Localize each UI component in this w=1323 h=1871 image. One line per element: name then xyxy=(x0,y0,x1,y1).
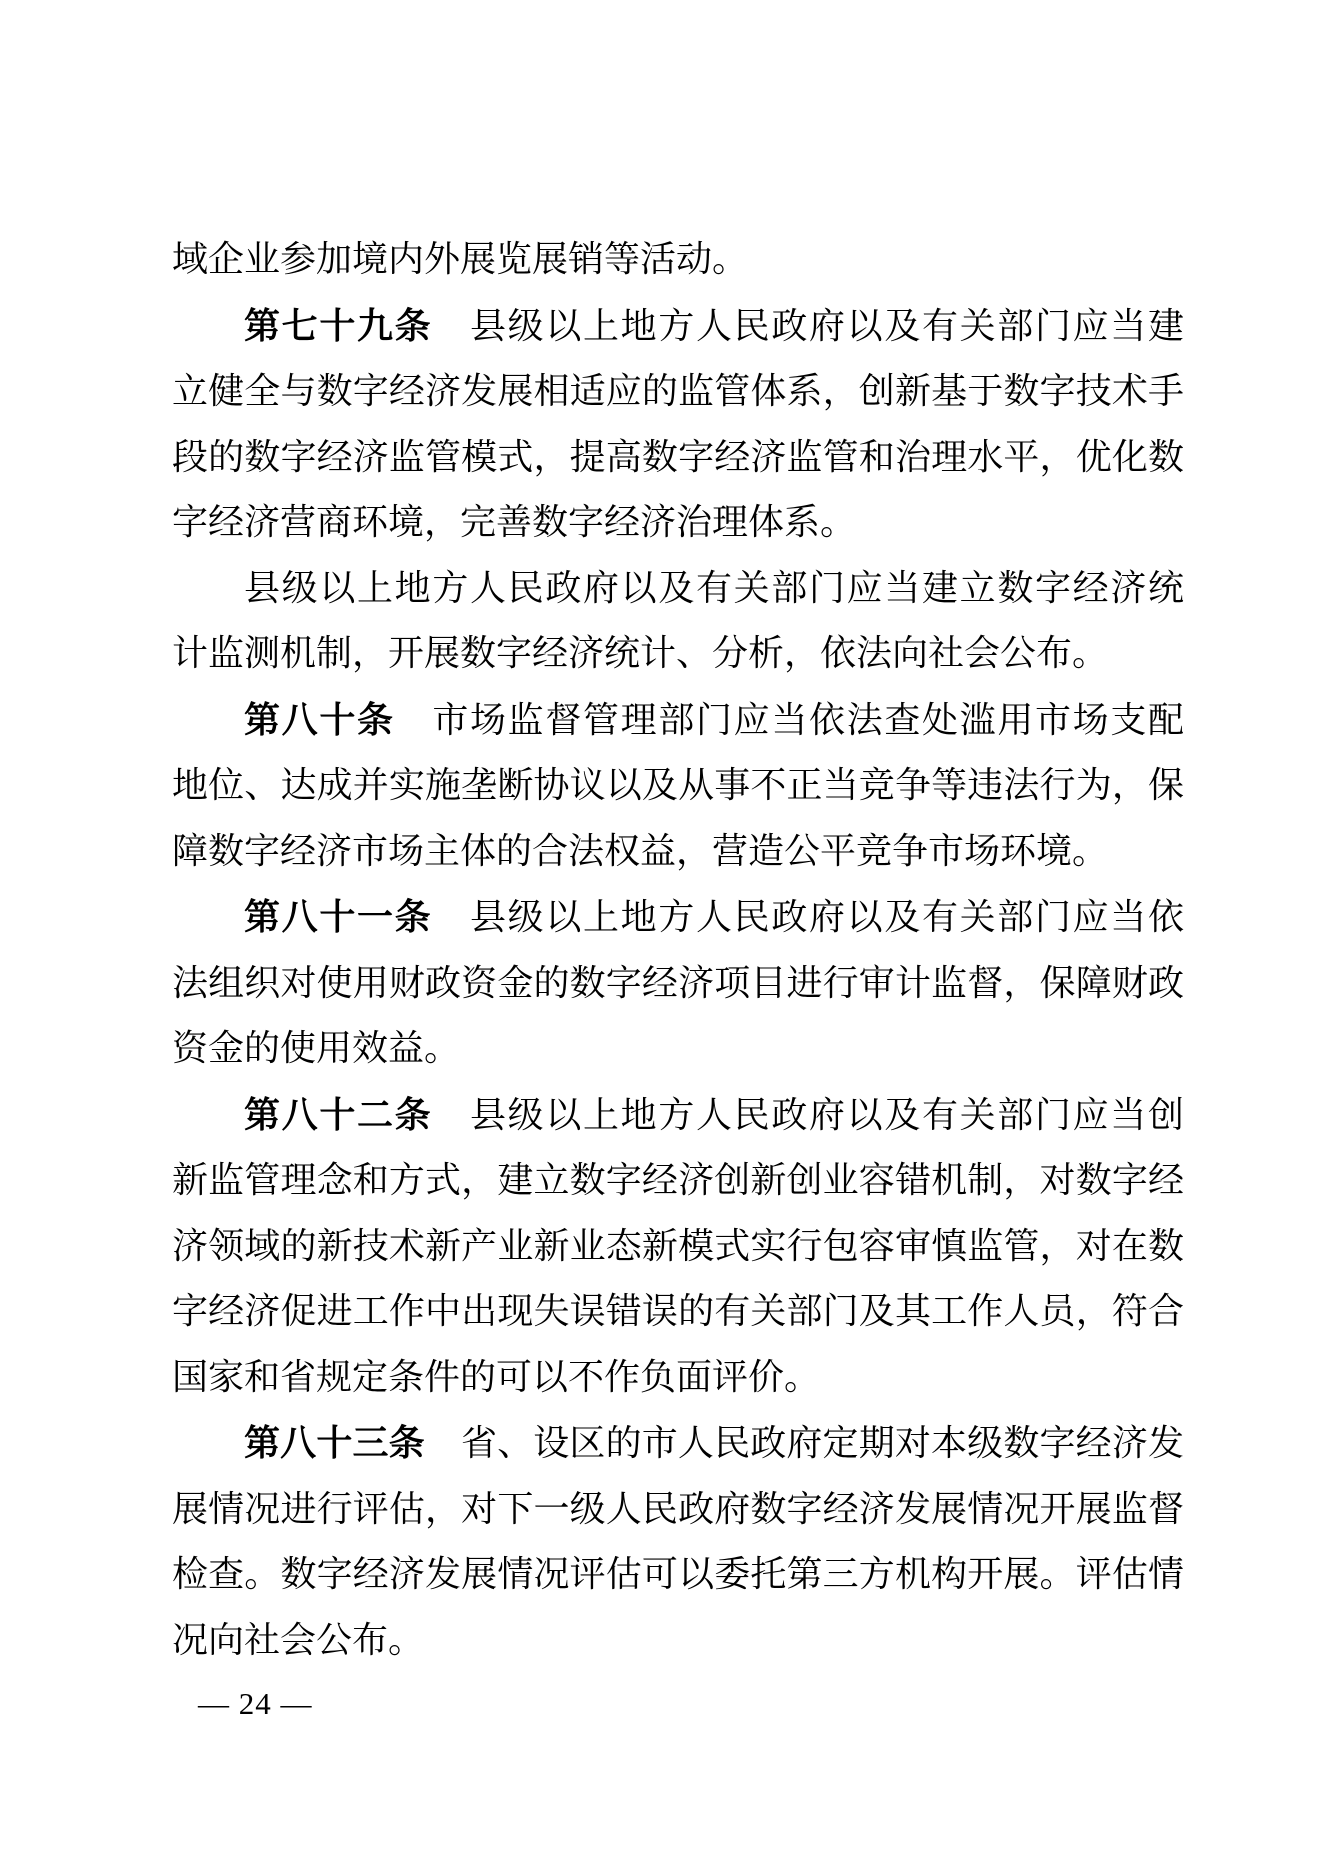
text-line: 济领域的新技术新产业新业态新模式实行包容审慎监管，对在数 xyxy=(172,1214,1184,1280)
text-line: 计监测机制，开展数字经济统计、分析，依法向社会公布。 xyxy=(172,621,1184,687)
article-number: 第八十三条 xyxy=(244,1422,425,1463)
text-line: 况向社会公布。 xyxy=(172,1608,1184,1674)
text-line: 字经济促进工作中出现失误错误的有关部门及其工作人员，符合 xyxy=(172,1279,1184,1345)
line-text: 省、设区的市人民政府定期对本级数字经济发 xyxy=(425,1423,1184,1463)
text-line: 展情况进行评估，对下一级人民政府数字经济发展情况开展监督 xyxy=(172,1477,1184,1543)
line-text: 县级以上地方人民政府以及有关部门应当建 xyxy=(432,306,1184,346)
document-page: 域企业参加境内外展览展销等活动。 第七十九条 县级以上地方人民政府以及有关部门应… xyxy=(0,0,1323,1871)
page-number: — 24 — xyxy=(198,1686,313,1722)
text-line: 第七十九条 县级以上地方人民政府以及有关部门应当建 xyxy=(172,293,1184,360)
line-text: 展情况进行评估，对下一级人民政府数字经济发展情况开展监督 xyxy=(172,1489,1184,1529)
text-line: 新监管理念和方式，建立数字经济创新创业容错机制，对数字经 xyxy=(172,1148,1184,1214)
text-line: 资金的使用效益。 xyxy=(172,1016,1184,1082)
text-line: 段的数字经济监管模式，提高数字经济监管和治理水平，优化数 xyxy=(172,425,1184,491)
line-text: 法组织对使用财政资金的数字经济项目进行审计监督，保障财政 xyxy=(172,963,1184,1003)
line-text: 县级以上地方人民政府以及有关部门应当创 xyxy=(432,1095,1184,1135)
line-text: 资金的使用效益。 xyxy=(172,1028,460,1068)
text-line: 障数字经济市场主体的合法权益，营造公平竞争市场环境。 xyxy=(172,819,1184,885)
article-number: 第八十一条 xyxy=(244,896,432,937)
text-line: 地位、达成并实施垄断协议以及从事不正当竞争等违法行为，保 xyxy=(172,753,1184,819)
line-text: 县级以上地方人民政府以及有关部门应当依 xyxy=(432,897,1184,937)
article-number: 第八十二条 xyxy=(244,1094,432,1135)
line-text: 字经济促进工作中出现失误错误的有关部门及其工作人员，符合 xyxy=(172,1291,1184,1331)
line-text: 市场监督管理部门应当依法查处滥用市场支配 xyxy=(395,700,1184,740)
text-line: 检查。数字经济发展情况评估可以委托第三方机构开展。评估情 xyxy=(172,1542,1184,1608)
line-text: 字经济营商环境，完善数字经济治理体系。 xyxy=(172,502,856,542)
text-line: 字经济营商环境，完善数字经济治理体系。 xyxy=(172,490,1184,556)
line-text: 检查。数字经济发展情况评估可以委托第三方机构开展。评估情 xyxy=(172,1554,1184,1594)
text-line: 第八十一条 县级以上地方人民政府以及有关部门应当依 xyxy=(172,884,1184,951)
line-text: 济领域的新技术新产业新业态新模式实行包容审慎监管，对在数 xyxy=(172,1226,1184,1266)
article-number: 第七十九条 xyxy=(244,305,432,346)
line-text: 况向社会公布。 xyxy=(172,1620,424,1660)
line-text: 段的数字经济监管模式，提高数字经济监管和治理水平，优化数 xyxy=(172,437,1184,477)
line-text: 立健全与数字经济发展相适应的监管体系，创新基于数字技术手 xyxy=(172,371,1184,411)
line-text: 新监管理念和方式，建立数字经济创新创业容错机制，对数字经 xyxy=(172,1160,1184,1200)
line-text: 域企业参加境内外展览展销等活动。 xyxy=(172,239,748,279)
text-line: 县级以上地方人民政府以及有关部门应当建立数字经济统 xyxy=(172,556,1184,622)
text-line: 第八十条 市场监督管理部门应当依法查处滥用市场支配 xyxy=(172,687,1184,754)
text-line: 第八十二条 县级以上地方人民政府以及有关部门应当创 xyxy=(172,1082,1184,1149)
text-line: 国家和省规定条件的可以不作负面评价。 xyxy=(172,1345,1184,1411)
line-text: 计监测机制，开展数字经济统计、分析，依法向社会公布。 xyxy=(172,633,1108,673)
line-text: 地位、达成并实施垄断协议以及从事不正当竞争等违法行为，保 xyxy=(172,765,1184,805)
text-line: 立健全与数字经济发展相适应的监管体系，创新基于数字技术手 xyxy=(172,359,1184,425)
line-text: 县级以上地方人民政府以及有关部门应当建立数字经济统 xyxy=(244,568,1184,608)
text-line: 第八十三条 省、设区的市人民政府定期对本级数字经济发 xyxy=(172,1410,1184,1477)
line-text: 障数字经济市场主体的合法权益，营造公平竞争市场环境。 xyxy=(172,831,1108,871)
line-text: 国家和省规定条件的可以不作负面评价。 xyxy=(172,1357,820,1397)
text-line: 法组织对使用财政资金的数字经济项目进行审计监督，保障财政 xyxy=(172,951,1184,1017)
document-body: 域企业参加境内外展览展销等活动。 第七十九条 县级以上地方人民政府以及有关部门应… xyxy=(172,227,1184,1673)
article-number: 第八十条 xyxy=(244,699,395,740)
text-line: 域企业参加境内外展览展销等活动。 xyxy=(172,227,1184,293)
